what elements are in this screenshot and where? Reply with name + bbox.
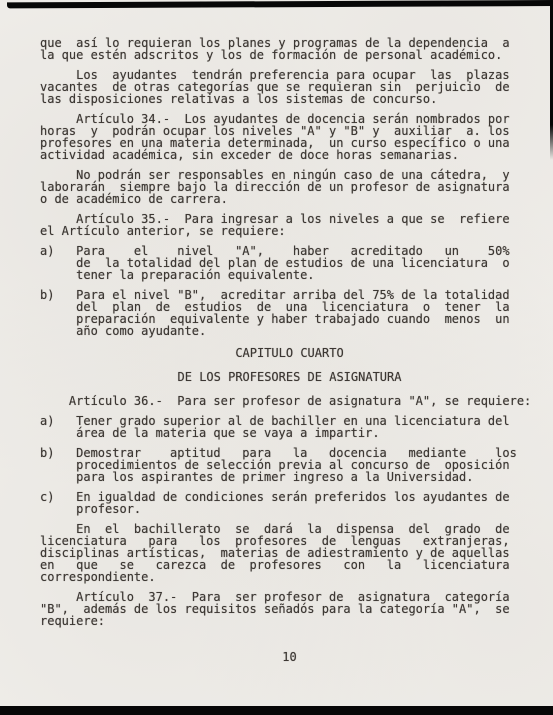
paragraph: a) Tener grado superior al de bachiller …	[40, 415, 539, 439]
text-line: profesor.	[40, 503, 539, 515]
paragraph: a) Para el nivel "A", haber acreditado u…	[40, 245, 539, 281]
text-line: área de la materia que se vaya a imparti…	[40, 427, 539, 439]
paragraph: Artículo 37.- Para ser profesor de asign…	[40, 591, 539, 627]
paragraph: que así lo requieran los planes y progra…	[40, 37, 539, 61]
text-line: las disposiciones relativas a los sistem…	[40, 93, 539, 105]
page-number: 10	[40, 651, 539, 663]
text-line: tener la preparación equivalente.	[40, 269, 539, 281]
text-line: "B", además de los requisitos señadós pa…	[40, 603, 539, 615]
scan-edge-top	[7, 0, 553, 8]
document-body: que así lo requieran los planes y progra…	[40, 37, 539, 663]
text-line: CAPITULO CUARTO	[40, 347, 539, 359]
paragraph: c) En igualdad de condiciones serán pref…	[40, 491, 539, 515]
text-line: DE LOS PROFESORES DE ASIGNATURA	[40, 371, 539, 383]
text-line: para los aspirantes de primer ingreso a …	[40, 471, 539, 483]
text-line: actividad académica, sin exceder de doce…	[40, 149, 539, 161]
paragraph: Artículo 36.- Para ser profesor de asign…	[40, 395, 539, 407]
text-line: el Artículo anterior, se requiere:	[40, 225, 539, 237]
section-heading: DE LOS PROFESORES DE ASIGNATURA	[40, 371, 539, 383]
paragraph: No podrán ser responsables en ningún cas…	[40, 169, 539, 205]
text-line: requiere:	[40, 615, 539, 627]
paragraph: Artículo 35.- Para ingresar a los nivele…	[40, 213, 539, 237]
text-line: o de académico de carrera.	[40, 193, 539, 205]
text-line: año como ayudante.	[40, 325, 539, 337]
paragraph: En el bachillerato se dará la dispensa d…	[40, 523, 539, 583]
scan-edge-bottom	[0, 706, 553, 715]
section-heading: CAPITULO CUARTO	[40, 347, 539, 359]
text-line: la que estén adscritos y los de formació…	[40, 49, 539, 61]
text-line: correspondiente.	[40, 571, 539, 583]
paragraph: b) Para el nivel "B", acreditar arriba d…	[40, 289, 539, 337]
paragraph: Artículo 34.- Los ayudantes de docencia …	[40, 113, 539, 161]
text-line: Artículo 36.- Para ser profesor de asign…	[40, 395, 539, 407]
paragraph: Los ayudantes tendrán preferencia para o…	[40, 69, 539, 105]
paragraph: b) Demostrar aptitud para la docencia me…	[40, 447, 539, 483]
scanned-document-page: que así lo requieran los planes y progra…	[0, 0, 553, 715]
